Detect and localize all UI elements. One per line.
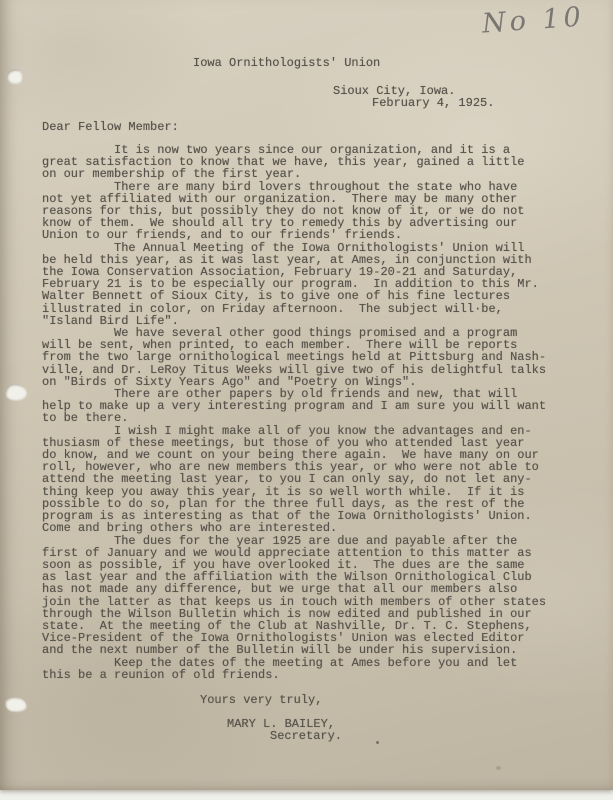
punch-hole-top [6,68,24,85]
letter-date: February 4, 1925. [372,97,494,109]
letter-paragraph: There are other papers by old friends an… [42,388,598,425]
letter-paragraph: Keep the dates of the meeting at Ames be… [42,657,598,681]
letter-paragraph: It is now two years since our organizati… [42,144,598,181]
letterhead-organization: Iowa Ornithologists' Union [193,57,380,69]
letter-page: No 10 Iowa Ornithologists' Union Sioux C… [0,0,613,790]
punch-hole-bottom [5,696,27,711]
scanned-letter: No 10 Iowa Ornithologists' Union Sioux C… [0,0,613,800]
punch-hole-middle [4,383,27,401]
letter-salutation: Dear Fellow Member: [42,121,179,133]
letter-paragraph: I wish I might make all of you know the … [42,425,598,535]
letter-paragraph: The Annual Meeting of the Iowa Ornitholo… [42,242,598,327]
letter-paragraph: We have several other good things promis… [42,327,598,388]
letter-body: It is now two years since our organizati… [42,144,598,681]
letter-paragraph: There are many bird lovers throughout th… [42,181,598,242]
paper-speck [376,741,379,744]
signature-title: Secretary. [270,730,342,742]
handwritten-page-number: No 10 [481,1,586,39]
letter-paragraph: The dues for the year 1925 are due and p… [42,535,598,657]
paper-speck [496,766,501,770]
letter-closing: Yours very truly, [200,694,322,706]
